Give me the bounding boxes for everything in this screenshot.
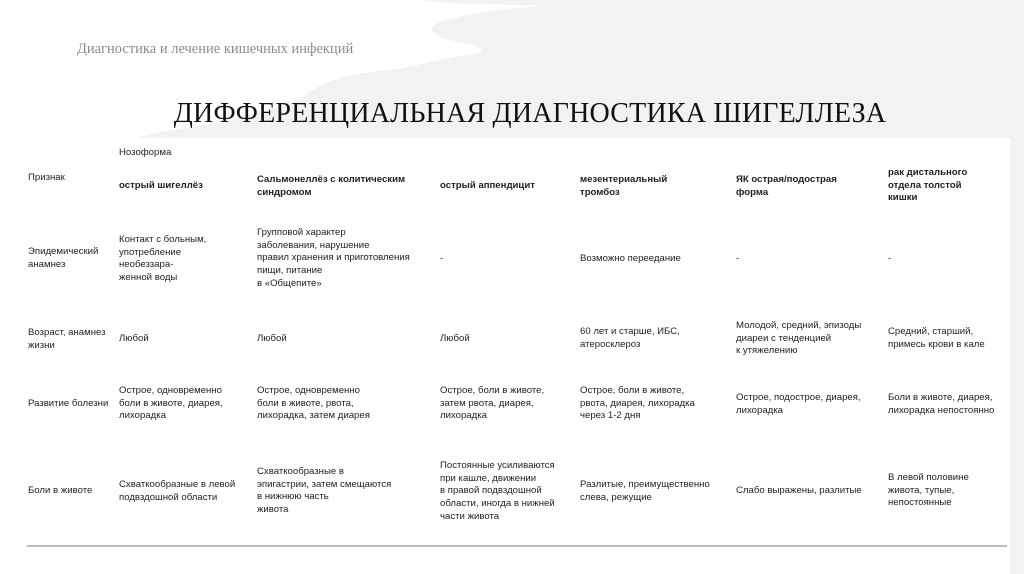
table-cell: Острое, одновременно боли в животе, рвот… bbox=[257, 385, 370, 423]
table-cell: Контакт с больным, употребление необезза… bbox=[119, 234, 206, 285]
table-cell: Схваткообразные в левой подвздошной обла… bbox=[119, 479, 235, 504]
table-cell: В левой половине живота, тупые, непостоя… bbox=[888, 472, 969, 510]
table-cell: Острое, подострое, диарея, лихорадка bbox=[736, 392, 861, 417]
table-cell: Любой bbox=[119, 333, 149, 346]
slide-subtitle: Диагностика и лечение кишечных инфекций bbox=[77, 41, 353, 58]
table-cell: Острое, одновременно боли в животе, диар… bbox=[119, 385, 223, 423]
table-cell: - bbox=[440, 253, 443, 266]
group-header: Нозоформа bbox=[119, 147, 171, 160]
table-cell: - bbox=[888, 253, 891, 266]
table-cell: Острое, боли в животе, рвота, диарея, ли… bbox=[580, 385, 695, 423]
row-label: Эпидемический анамнез bbox=[28, 246, 98, 271]
row-label: Возраст, анамнез жизни bbox=[28, 327, 106, 352]
table-cell: Слабо выражены, разлитые bbox=[736, 485, 862, 498]
column-header: мезентериальный тромбоз bbox=[580, 174, 667, 199]
table-cell: Схваткообразные в эпигастрии, затем смещ… bbox=[257, 466, 391, 517]
row-header-label: Признак bbox=[28, 172, 65, 185]
table-cell: Молодой, средний, эпизоды диареи с тенде… bbox=[736, 320, 861, 358]
column-header: Сальмонеллёз с колитическим синдромом bbox=[257, 174, 405, 199]
table-cell: Любой bbox=[440, 333, 470, 346]
table-cell: Боли в животе, диарея, лихорадка непосто… bbox=[888, 392, 994, 417]
table-cell: 60 лет и старше, ИБС, атеросклероз bbox=[580, 326, 680, 351]
table-cell: Любой bbox=[257, 333, 287, 346]
table-cell: - bbox=[736, 253, 739, 266]
table-cell: Постоянные усиливаются при кашле, движен… bbox=[440, 460, 555, 524]
row-label: Боли в животе bbox=[28, 485, 92, 498]
column-header: ЯК острая/подострая форма bbox=[736, 174, 837, 199]
bottom-divider bbox=[27, 545, 1007, 547]
table-cell: Групповой характер заболевания, нарушени… bbox=[257, 227, 410, 291]
table-cell: Разлитые, преимущественно слева, режущие bbox=[580, 479, 710, 504]
table-cell: Возможно переедание bbox=[580, 253, 681, 266]
table-cell: Средний, старший, примесь крови в кале bbox=[888, 326, 985, 351]
table-cell: Острое, боли в животе, затем рвота, диар… bbox=[440, 385, 544, 423]
column-header: рак дистального отдела толстой кишки bbox=[888, 167, 967, 205]
column-header: острый аппендицит bbox=[440, 180, 535, 193]
row-label: Развитие болезни bbox=[28, 398, 108, 411]
slide-title: ДИФФЕРЕНЦИАЛЬНАЯ ДИАГНОСТИКА ШИГЕЛЛЕЗА bbox=[0, 98, 1024, 130]
column-header: острый шигеллёз bbox=[119, 180, 203, 193]
